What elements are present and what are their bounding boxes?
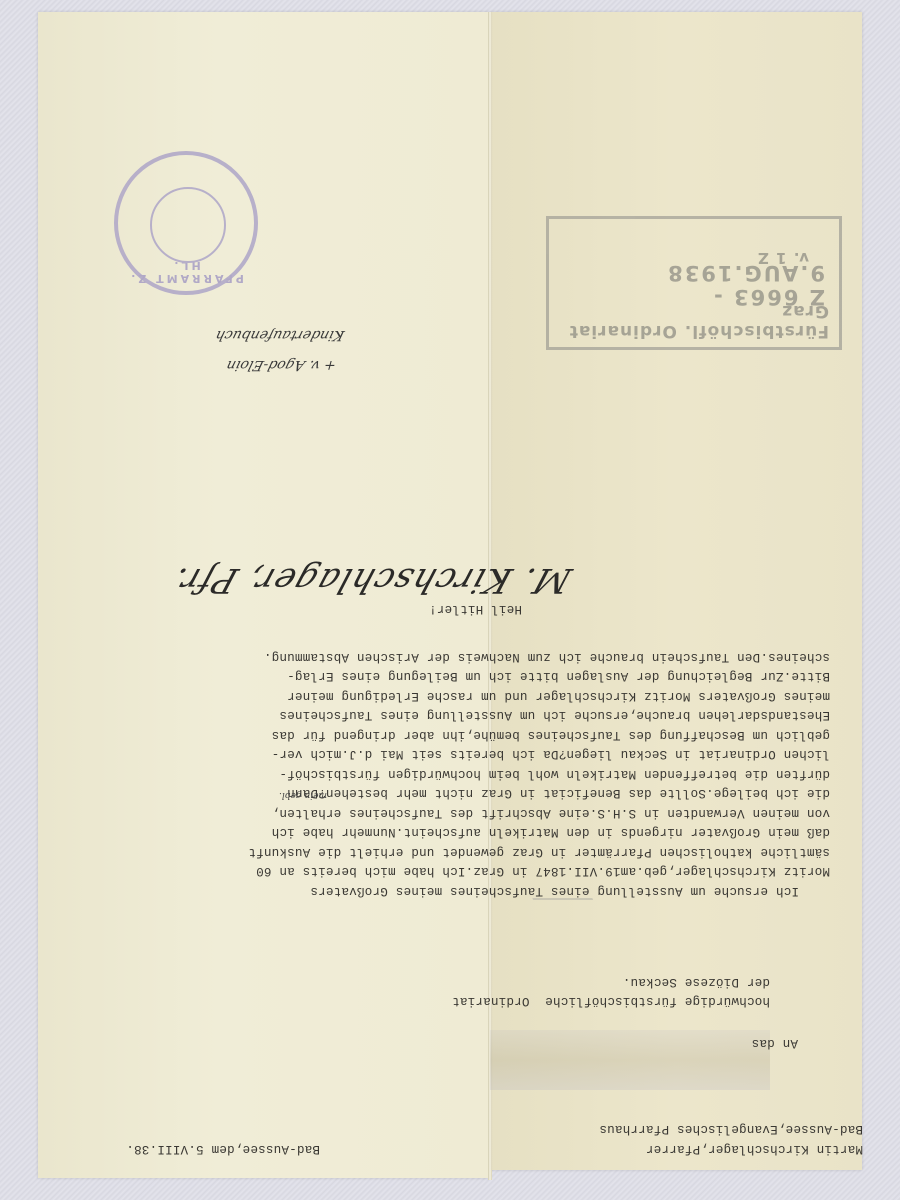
note-line: Kindertaufenbuch [212, 320, 348, 350]
body-line: die ich beilege.Sollte das Beneficiat in… [248, 783, 830, 803]
body-line: Ehestandsdarlehen brauche,ersuche ich um… [248, 705, 830, 725]
sender-line: Martin Kirchschlager,Pfarrer [599, 1139, 863, 1159]
letter-body: Ich ersuche um Ausstellung eines Taufsch… [248, 647, 830, 901]
place-date: Bad-Aussee,dem 5.VIII.38. [126, 1139, 320, 1159]
body-line: geblich um Beschaffung des Taufscheines … [248, 725, 830, 745]
sender-line: Bad-Aussee,Evangelisches Pfarrhaus [599, 1119, 863, 1139]
body-line: Bitte.Zur Begleichung der Auslagen bitte… [248, 666, 830, 686]
stamp-inner-ring [150, 187, 226, 263]
recipient-line: An das [452, 1033, 798, 1053]
body-line: scheines.Den Taufschein brauche ich zum … [248, 647, 830, 667]
body-line: daß mein Großvater nirgends in den Matri… [248, 822, 830, 842]
handwritten-insert: mein gebl. [279, 790, 327, 800]
signature: M. Kirchschlager, Pfr. [167, 560, 576, 600]
stamp-line: Z 6663 - 9.AUG.1938 [549, 261, 825, 309]
body-line: sämtliche katholischen Pfarrämter in Gra… [248, 842, 830, 862]
body-line: Moritz Kirchschlager,geb.am19.VII.1847 i… [248, 861, 830, 881]
rectangular-receipt-stamp: Fürstbischöfl. Ordinariat Graz Z 6663 - … [546, 216, 842, 350]
recipient-line: hochwürdige fürstbischöfliche Ordinariat [452, 991, 798, 1011]
body-line: meines Großvaters Moritz Kirchschlager u… [248, 686, 830, 706]
sender-block: Martin Kirchschlager,PfarrerBad-Aussee,E… [599, 1119, 863, 1158]
stamp-line: v. 1 Z [757, 249, 809, 267]
round-parish-stamp: PFARRAMT Z. HL. [114, 151, 258, 295]
recipient-block: An dashochwürdige fürstbischöfliche Ordi… [452, 972, 798, 1053]
recipient-line: der Diözese Seckau. [452, 972, 798, 992]
body-line: von meinen Verwandten in S.H.S.eine Absc… [248, 803, 830, 823]
handwritten-note: + v. Agod-EloinKindertaufenbuch [204, 320, 348, 380]
note-line: + v. Agod-Eloin [204, 350, 340, 380]
letter-sheet: Martin Kirchschlager,PfarrerBad-Aussee,E… [0, 0, 900, 1200]
closing: Heil Hitler! [429, 599, 522, 619]
body-line: lichen Ordinariat in Seckau liegen?Da ic… [248, 744, 830, 764]
body-line: dürften die betreffenden Matrikeln wohl … [248, 764, 830, 784]
